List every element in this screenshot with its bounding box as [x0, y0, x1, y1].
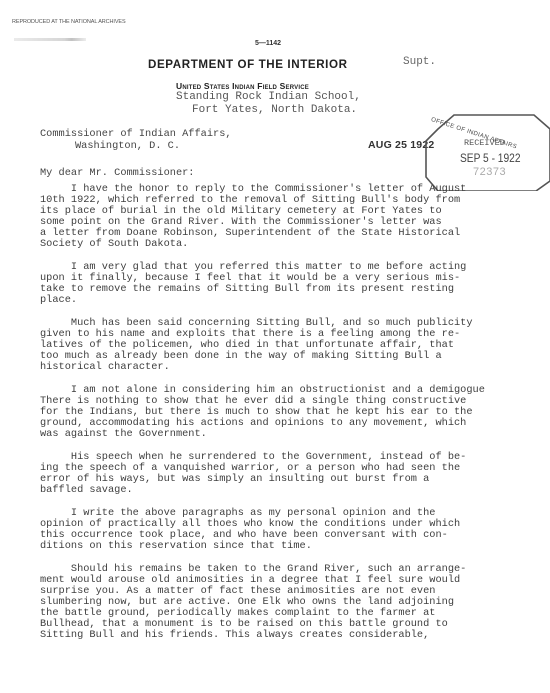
stamp-received-label: RECEIVED: [464, 138, 505, 148]
recipient-address: Commissioner of Indian Affairs, Washingt…: [40, 128, 232, 152]
service-heading: United States Indian Field Service: [176, 81, 309, 91]
supt-annotation: Supt.: [403, 56, 436, 68]
received-stamp: OFFICE OF INDIAN AFFAIRS RECEIVED SEP 5 …: [424, 111, 550, 191]
address-line-1: Commissioner of Indian Affairs,: [40, 128, 232, 140]
school-line-1: Standing Rock Indian School,: [176, 91, 361, 104]
stamp-date: SEP 5 - 1922: [460, 151, 520, 165]
stamp-number: 72373: [473, 166, 506, 178]
school-address: Standing Rock Indian School, Fort Yates,…: [176, 91, 361, 116]
paragraph: I am not alone in considering him an obs…: [40, 385, 550, 440]
text-line: Society of South Dakota.: [40, 239, 550, 250]
text-line: Sitting Bull and his friends. This alway…: [40, 630, 550, 641]
scan-smudge: [14, 38, 86, 41]
paragraph: His speech when he surrendered to the Go…: [40, 452, 550, 496]
paragraph: Much has been said concerning Sitting Bu…: [40, 318, 550, 373]
paragraph: Should his remains be taken to the Grand…: [40, 564, 550, 641]
text-line: place.: [40, 295, 550, 306]
paragraph: I have the honor to reply to the Commiss…: [40, 184, 550, 250]
text-line: ditions on this reservation since that t…: [40, 541, 550, 552]
text-line: historical character.: [40, 362, 550, 373]
letter-body: I have the honor to reply to the Commiss…: [40, 184, 550, 653]
text-line: baffled savage.: [40, 485, 550, 496]
text-line: take to remove the remains of Sitting Bu…: [40, 284, 550, 295]
paragraph: I am very glad that you referred this ma…: [40, 262, 550, 306]
text-line: was against the Government.: [40, 429, 550, 440]
archives-label: Reproduced at the National Archives: [12, 19, 126, 25]
department-heading: DEPARTMENT OF THE INTERIOR: [148, 58, 348, 71]
school-line-2: Fort Yates, North Dakota.: [176, 104, 361, 117]
form-number: 5—1142: [255, 40, 281, 47]
address-line-2: Washington, D. C.: [40, 140, 232, 152]
paragraph: I write the above paragraphs as my perso…: [40, 508, 550, 552]
salutation: My dear Mr. Commissioner:: [40, 167, 194, 179]
